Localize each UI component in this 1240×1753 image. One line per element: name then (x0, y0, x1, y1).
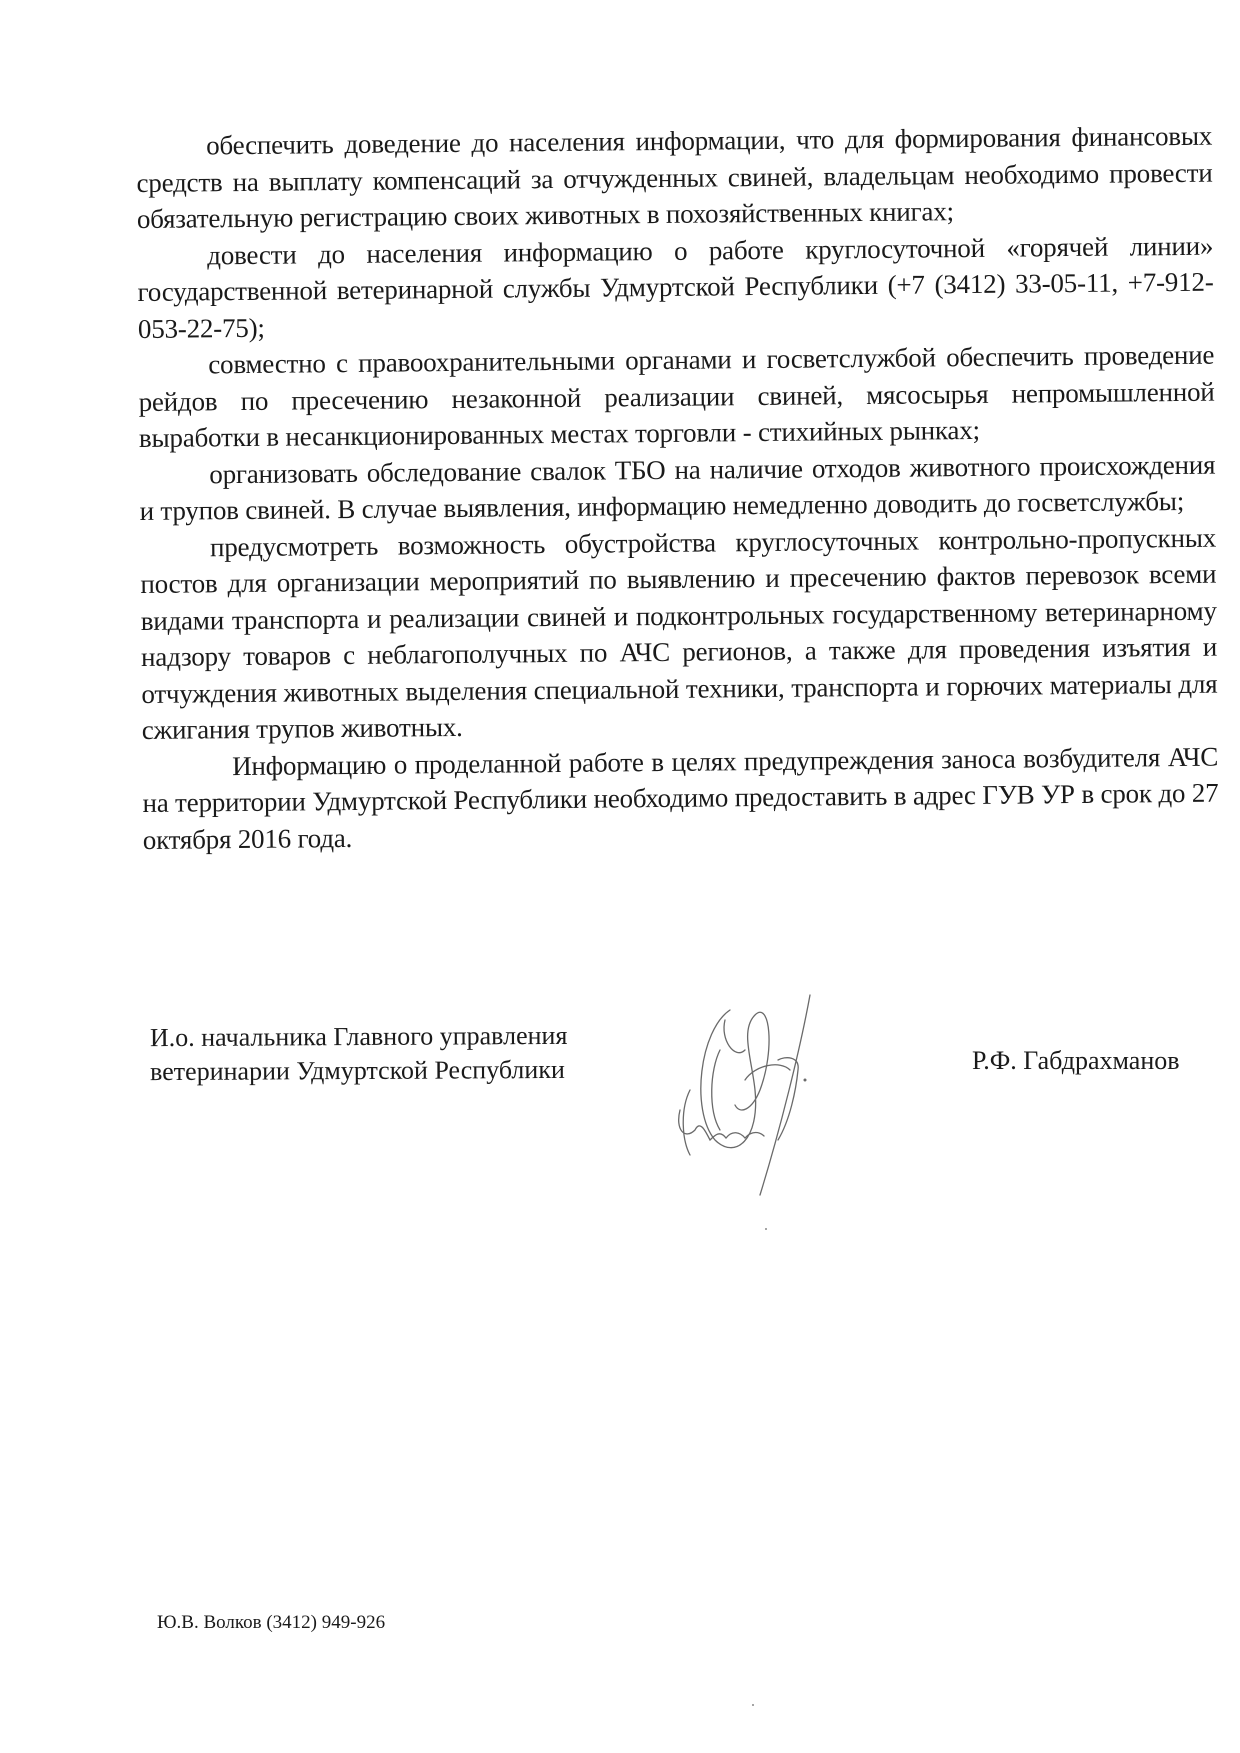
scan-speck (765, 1228, 767, 1230)
paragraph-raids: совместно с правоохранительными органами… (138, 337, 1215, 457)
executor-contact: Ю.В. Волков (3412) 949-926 (157, 1612, 385, 1634)
paragraph-population-info: обеспечить доведение до населения информ… (136, 118, 1213, 238)
paragraph-checkpoints: предусмотреть возможность обустройства к… (140, 519, 1218, 748)
paragraph-reporting-deadline: Информацию о проделанной работе в целях … (142, 738, 1219, 858)
handwritten-signature-icon (660, 990, 860, 1200)
paragraph-hotline: довести до населения информацию о работе… (137, 227, 1214, 347)
signatory-position-line-2: ветеринарии Удмуртской Республики (150, 1053, 568, 1089)
document-page: обеспечить доведение до населения информ… (0, 0, 1240, 1753)
scan-speck (752, 1704, 754, 1706)
signatory-position: И.о. начальника Главного управления вете… (150, 1019, 568, 1089)
letter-body: обеспечить доведение до населения информ… (136, 118, 1219, 858)
signatory-name: Р.Ф. Габдрахманов (972, 1046, 1180, 1076)
signature-block: И.о. начальника Главного управления вете… (150, 1020, 1210, 1200)
paragraph-landfill-inspection: организовать обследование свалок ТБО на … (139, 446, 1216, 529)
scan-speck (1010, 573, 1011, 576)
signatory-position-line-1: И.о. начальника Главного управления (150, 1019, 568, 1055)
